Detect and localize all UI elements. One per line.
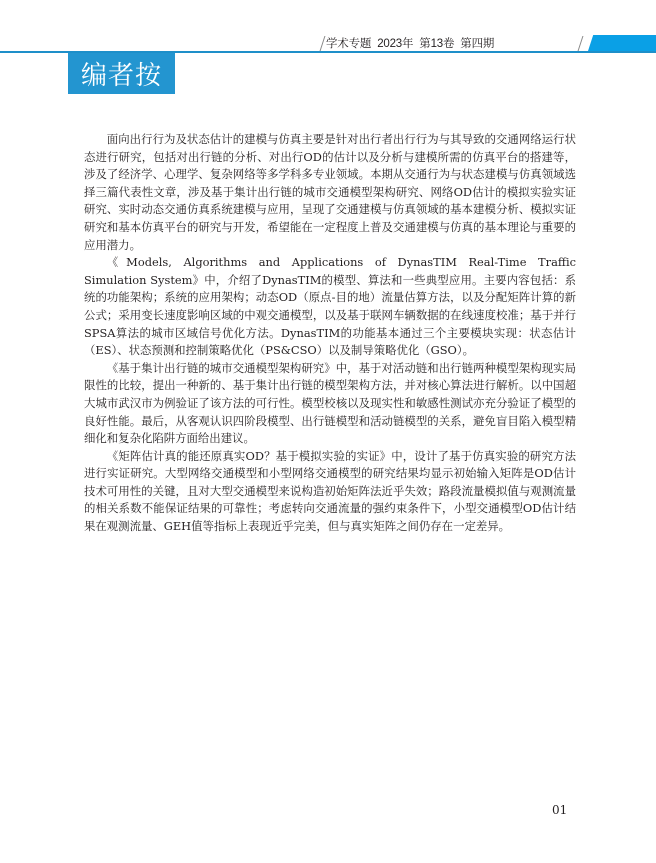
header-divider-right: [578, 36, 584, 51]
header-year: 2023年: [377, 35, 413, 51]
running-header: 学术专题 2023年 第13卷 第四期: [326, 35, 500, 51]
title-banner: 编者按: [68, 53, 175, 94]
header-accent-tab: [588, 35, 656, 51]
header-volume: 第13卷: [419, 35, 454, 51]
header-issue: 第四期: [460, 35, 494, 51]
paragraph-intro: 面向出行行为及状态估计的建模与仿真主要是针对出行者出行行为与其导致的交通网络运行…: [84, 131, 576, 254]
paragraph-trip-chain: 《基于集计出行链的城市交通模型架构研究》中，基于对活动链和出行链两种模型架构现实…: [84, 360, 576, 448]
page-title: 编者按: [81, 55, 162, 92]
paragraph-dynastim: 《Models, Algorithms and Applications of …: [84, 254, 576, 360]
page-number: 01: [552, 803, 567, 817]
editorial-body: 面向出行行为及状态估计的建模与仿真主要是针对出行者出行行为与其导致的交通网络运行…: [84, 131, 576, 536]
paragraph-od-estimation: 《矩阵估计真的能还原真实OD？基于模拟实验的实证》中，设计了基于仿真实验的研究方…: [84, 448, 576, 536]
header-section: 学术专题: [326, 35, 371, 51]
header-divider-left: [320, 36, 326, 51]
